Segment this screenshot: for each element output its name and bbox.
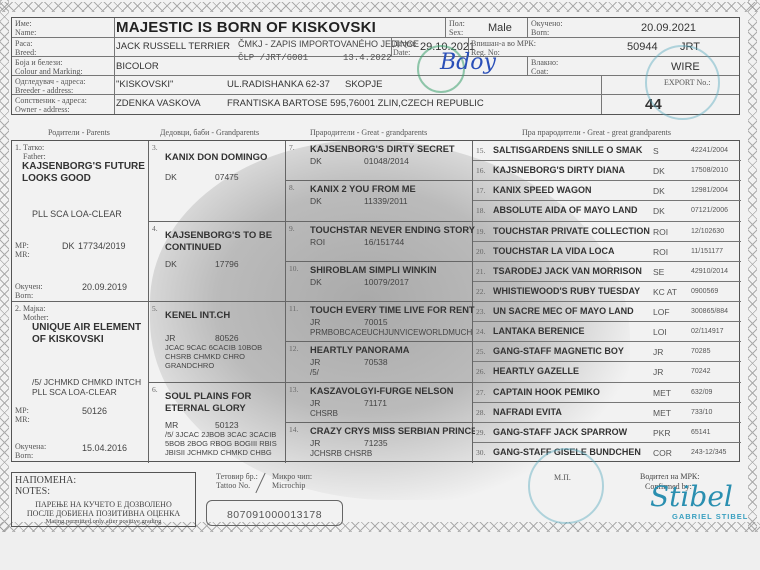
great-great-grandparent-regno: 07121/2006	[691, 207, 728, 214]
great-grandparent-name: TOUCH EVERY TIME LIVE FOR RENT	[310, 304, 475, 316]
header-table: Име:Name: MAJESTIC IS BORN OF KISKOVSKI …	[11, 17, 740, 115]
owner-value: ZDENKA VASKOVA	[116, 98, 201, 117]
grandparent-registry: MR	[165, 420, 178, 430]
great-great-grandparent-registry: MET	[653, 408, 671, 418]
great-great-grandparent-regno: 12/102630	[691, 228, 724, 235]
signer-name: GABRIEL STIBEL	[672, 512, 748, 521]
great-great-grandparent-name: ABSOLUTE AIDA OF MAYO LAND	[493, 205, 638, 215]
great-great-grandparent-number: 27.	[476, 388, 485, 397]
microchip-number: 807091000013178	[207, 509, 342, 521]
great-great-grandparent-regno: 243-12/345	[691, 449, 726, 456]
great-great-grandparent-registry: ROI	[653, 227, 668, 237]
great-grandparent-number: 12.	[289, 344, 298, 353]
owner-row: Сопственик - адреса:Owner - address: ZDE…	[12, 95, 739, 114]
mating-notice: ПАРЕЊЕ НА КУЧЕТО Е ДОЗВОЛЕНО ПОСЛЕ ДОБИЕ…	[12, 501, 195, 527]
great-great-grandparent-name: KANIX SPEED WAGON	[493, 185, 592, 195]
great-great-grandparent-name: WHISTIEWOOD'S RUBY TUESDAY	[493, 286, 640, 296]
grandparent-regno: 50123	[215, 420, 239, 430]
notes-label: НАПОМЕНА:NOTES:	[15, 475, 76, 497]
great-great-grandparent-number: 20.	[476, 247, 485, 256]
import-stamp-date: 13.4.2022	[343, 53, 392, 71]
great-great-grandparent-row: 25. GANG-STAFF MAGNETIC BOY JR 70285	[473, 342, 741, 362]
great-great-grandparent-name: GANG-STAFF MAGNETIC BOY	[493, 346, 624, 356]
owner-address: FRANTISKA BARTOSE 595,76001 ZLIN,CZECH R…	[227, 98, 484, 117]
great-great-grandparent-name: CAPTAIN HOOK PEMIKO	[493, 387, 600, 397]
great-great-grandparent-registry: JR	[653, 367, 663, 377]
column-header-parents: Родители - Parents	[48, 128, 110, 137]
great-grandparent-box: 9. TOUCHSTAR NEVER ENDING STORY ROI 16/1…	[286, 222, 473, 262]
grandparent-registry: DK	[165, 172, 177, 182]
great-grandparent-regno: 71235	[364, 438, 388, 448]
grandparent-number: 3.	[152, 143, 158, 152]
great-grandparent-registry: JR	[310, 438, 320, 448]
column-header-grandparents: Дедовци, баби - Grandparents	[160, 128, 259, 137]
father-label: 1. Татко:Father:	[15, 143, 46, 161]
great-great-grandparent-regno: 02/114917	[691, 328, 724, 335]
father-regno: 17734/2019	[78, 241, 126, 251]
bottom-seal-stamp	[528, 448, 604, 524]
grandparent-box: 6. SOUL PLAINS FOR ETERNAL GLORY MR 5012…	[149, 383, 286, 464]
great-grandparent-regno: 70538	[364, 357, 388, 367]
grandparent-number: 6.	[152, 385, 158, 394]
notes-box: НАПОМЕНА:NOTES: ПАРЕЊЕ НА КУЧЕТО Е ДОЗВО…	[11, 472, 196, 527]
border-decoration	[748, 0, 757, 532]
great-great-grandparent-number: 21.	[476, 267, 485, 276]
great-great-grandparent-registry: LOI	[653, 327, 667, 337]
great-grandparent-box: 8. KANIX 2 YOU FROM ME DK 11339/2011	[286, 181, 473, 221]
grandparent-number: 5.	[152, 304, 158, 313]
great-grandparent-titles: JCHSRB CHSRB	[310, 449, 372, 459]
great-great-grandparent-regno: 12981/2004	[691, 187, 728, 194]
name-label: Име:Name:	[15, 19, 36, 38]
import-stamp-number: ČLP /JRT/6001	[238, 53, 308, 71]
date-label: Датум:Date:	[393, 39, 416, 57]
name-row: Име:Name: MAJESTIC IS BORN OF KISKOVSKI …	[12, 18, 739, 38]
great-grandparent-titles: /5/	[310, 368, 319, 378]
great-grandparent-box: 12. HEARTLY PANORAMA JR 70538 /5/	[286, 342, 473, 382]
great-great-grandparent-registry: PKR	[653, 428, 670, 438]
great-great-grandparent-regno: 42241/2004	[691, 147, 728, 154]
great-great-grandparent-name: HEARTLY GAZELLE	[493, 366, 579, 376]
great-grandparent-registry: DK	[310, 196, 322, 206]
great-great-grandparent-number: 15.	[476, 146, 485, 155]
great-great-grandparent-registry: COR	[653, 448, 672, 458]
born-label: Окучено:Born:	[531, 19, 563, 38]
great-grandparent-titles: PRMBOBCACEUCHJUNVICEWORLDMUCH	[310, 328, 472, 338]
great-great-grandparent-row: 26. HEARTLY GAZELLE JR 70242	[473, 362, 741, 382]
great-great-grandparent-regno: 70242	[691, 368, 710, 375]
column-header-great-grandparents: Прародители - Great - grandparents	[310, 128, 427, 137]
microchip-field: 807091000013178	[206, 500, 343, 526]
great-grandparent-registry: JR	[310, 357, 320, 367]
great-great-grandparent-number: 18.	[476, 206, 485, 215]
great-great-grandparent-row: 27. CAPTAIN HOOK PEMIKO MET 632/09	[473, 383, 741, 403]
great-great-grandparent-number: 28.	[476, 408, 485, 417]
confirmer-signature: Stibel	[650, 480, 733, 513]
great-great-grandparent-regno: 632/09	[691, 389, 712, 396]
great-grandparent-regno: 10079/2017	[364, 277, 409, 287]
mother-born: 15.04.2016	[82, 443, 127, 453]
great-great-grandparent-registry: DK	[653, 186, 665, 196]
great-grandparent-titles: CHSRB	[310, 409, 338, 419]
grandparent-name: KAJSENBORG'S TO BE CONTINUED	[165, 230, 283, 254]
pedigree-table: 1. Татко:Father: KAJSENBORG'S FUTURE LOO…	[11, 140, 740, 462]
mother-name: UNIQUE AIR ELEMENT OF KISKOVSKI	[32, 322, 147, 346]
great-great-grandparent-registry: ROI	[653, 247, 668, 257]
great-grandparent-box: 7. KAJSENBORG'S DIRTY SECRET DK 01048/20…	[286, 141, 473, 181]
great-grandparent-regno: 16/151744	[364, 237, 404, 247]
great-great-grandparent-registry: SE	[653, 267, 664, 277]
great-great-grandparent-name: NAFRADI EVITA	[493, 407, 562, 417]
great-great-grandparent-row: 15. SALTISGARDENS SNILLE O SMAK S 42241/…	[473, 141, 741, 161]
great-grandparent-regno: 01048/2014	[364, 156, 409, 166]
father-mp-mr-label: MP:MR:	[15, 241, 30, 259]
great-grandparent-name: KANIX 2 YOU FROM ME	[310, 183, 475, 195]
mother-mp-mr-label: MP:MR:	[15, 406, 30, 424]
father-born-label: Окучен:Born:	[15, 282, 43, 300]
colour-label: Боја и белези:Colour and Marking:	[15, 58, 83, 76]
pedigree-certificate: Име:Name: MAJESTIC IS BORN OF KISKOVSKI …	[0, 0, 760, 532]
grandparent-registry: DK	[165, 259, 177, 269]
parent-mother: 2. Мајка:Mother: UNIQUE AIR ELEMENT OF K…	[12, 302, 149, 463]
great-grandparent-box: 14. CRAZY CRYS MISS SERBIAN PRINCESS JR …	[286, 423, 473, 463]
great-great-grandparent-name: SALTISGARDENS SNILLE O SMAK	[493, 145, 642, 155]
great-grandparent-regno: 11339/2011	[364, 196, 408, 206]
great-great-grandparent-name: TOUCHSTAR PRIVATE COLLECTION	[493, 226, 650, 236]
great-grandparent-name: CRAZY CRYS MISS SERBIAN PRINCESS	[310, 425, 475, 437]
great-great-grandparent-regno: 65141	[691, 429, 710, 436]
great-great-grandparent-number: 24.	[476, 327, 485, 336]
coat-label: Влакно:Coat:	[531, 58, 558, 76]
border-decoration	[0, 2, 760, 12]
great-great-grandparent-row: 16. KAJSNEBORG'S DIRTY DIANA DK 17508/20…	[473, 161, 741, 181]
column-header-great-great-grandparents: Пра прародители - Great - great grandpar…	[522, 128, 671, 137]
date-signature: Bdoy	[440, 50, 496, 75]
great-great-grandparent-registry: DK	[653, 166, 665, 176]
great-grandparent-number: 11.	[289, 304, 298, 313]
parent-father: 1. Татко:Father: KAJSENBORG'S FUTURE LOO…	[12, 141, 149, 302]
great-great-grandparent-registry: LOF	[653, 307, 670, 317]
great-great-grandparent-row: 30. GANG-STAFF GISELE BUNDCHEN COR 243-1…	[473, 443, 741, 463]
grandparent-registry: JR	[165, 333, 175, 343]
great-great-grandparent-row: 29. GANG-STAFF JACK SPARROW PKR 65141	[473, 423, 741, 443]
great-grandparent-name: TOUCHSTAR NEVER ENDING STORY	[310, 224, 475, 236]
colour-row: Боја и белези:Colour and Marking: BICOLO…	[12, 57, 739, 76]
great-great-grandparent-row: 19. TOUCHSTAR PRIVATE COLLECTION ROI 12/…	[473, 222, 741, 242]
great-great-grandparent-regno: 0900569	[691, 288, 718, 295]
great-great-grandparent-regno: 11/151177	[691, 248, 723, 255]
grandparent-name: SOUL PLAINS FOR ETERNAL GLORY	[165, 391, 283, 415]
great-grandparent-number: 14.	[289, 425, 298, 434]
great-great-grandparent-regno: 42910/2014	[691, 268, 728, 275]
great-great-grandparent-registry: JR	[653, 347, 663, 357]
great-grandparent-name: KAJSENBORG'S DIRTY SECRET	[310, 143, 475, 155]
dog-name: MAJESTIC IS BORN OF KISKOVSKI	[116, 19, 376, 38]
father-born: 20.09.2019	[82, 282, 127, 292]
microchip-label: Микро чип:Microchip	[272, 472, 312, 490]
great-great-grandparent-row: 20. TOUCHSTAR LA VIDA LOCA ROI 11/151177	[473, 242, 741, 262]
great-great-grandparent-regno: 300865/884	[691, 308, 728, 315]
father-notes: PLL SCA LOA-CLEAR	[32, 209, 122, 219]
great-great-grandparent-number: 25.	[476, 347, 485, 356]
mother-regno: 50126	[82, 406, 107, 416]
great-great-grandparent-number: 26.	[476, 367, 485, 376]
owner-label: Сопственик - адреса:Owner - address:	[15, 96, 87, 115]
great-grandparent-registry: DK	[310, 156, 322, 166]
seal-label: М.П.	[554, 473, 571, 482]
great-great-grandparent-number: 29.	[476, 428, 485, 437]
great-grandparent-registry: ROI	[310, 237, 325, 247]
grandparent-number: 4.	[152, 224, 158, 233]
grandparent-box: 3. KANIX DON DOMINGO DK 07475	[149, 141, 286, 222]
breeder-row: Одгледувач - адреса:Breeder - address: "…	[12, 76, 739, 95]
tattoo-label: Тетовир бр.:Tattoo No.	[216, 472, 258, 490]
breed-label: Раса:Breed:	[15, 39, 36, 57]
great-grandparent-number: 7.	[289, 143, 295, 152]
club-stamp	[645, 45, 720, 120]
great-great-grandparent-name: GANG-STAFF JACK SPARROW	[493, 427, 627, 437]
great-great-grandparent-name: KAJSNEBORG'S DIRTY DIANA	[493, 165, 625, 175]
great-great-grandparent-number: 16.	[476, 166, 485, 175]
great-great-grandparent-row: 23. UN SACRE MEC OF MAYO LAND LOF 300865…	[473, 302, 741, 322]
great-great-grandparent-row: 22. WHISTIEWOOD'S RUBY TUESDAY KC AT 090…	[473, 282, 741, 302]
great-great-grandparent-row: 28. NAFRADI EVITA MET 733/10	[473, 403, 741, 423]
great-great-grandparent-row: 18. ABSOLUTE AIDA OF MAYO LAND DK 07121/…	[473, 201, 741, 221]
grandparent-name: KENEL INT.CH	[165, 310, 283, 322]
great-grandparent-box: 11. TOUCH EVERY TIME LIVE FOR RENT JR 70…	[286, 302, 473, 342]
great-grandparent-name: KASZAVOLGYI-FURGE NELSON	[310, 385, 475, 397]
great-great-grandparent-registry: S	[653, 146, 659, 156]
breeder-label: Одгледувач - адреса:Breeder - address:	[15, 77, 86, 95]
grandparent-regno: 17796	[215, 259, 239, 269]
great-grandparent-name: SHIROBLAM SIMPLI WINKIN	[310, 264, 475, 276]
grandparent-regno: 80526	[215, 333, 239, 343]
great-great-grandparent-registry: KC AT	[653, 287, 677, 297]
great-great-grandparent-number: 30.	[476, 448, 485, 457]
great-grandparent-registry: JR	[310, 398, 320, 408]
great-grandparent-box: 10. SHIROBLAM SIMPLI WINKIN DK 10079/201…	[286, 262, 473, 302]
grandparent-name: KANIX DON DOMINGO	[165, 152, 283, 164]
grandparent-titles: JCAC 9CAC 6CACIB 10BOB CHSRB CHMKD CHRO …	[165, 343, 285, 370]
great-grandparent-number: 10.	[289, 264, 298, 273]
great-great-grandparent-registry: MET	[653, 388, 671, 398]
great-great-grandparent-row: 21. TSARODEJ JACK VAN MORRISON SE 42910/…	[473, 262, 741, 282]
great-great-grandparent-regno: 70285	[691, 348, 710, 355]
great-grandparent-name: HEARTLY PANORAMA	[310, 344, 475, 356]
great-grandparent-registry: DK	[310, 277, 322, 287]
great-grandparent-number: 13.	[289, 385, 298, 394]
great-grandparent-registry: JR	[310, 317, 320, 327]
grandparent-box: 5. KENEL INT.CH JR 80526 JCAC 9CAC 6CACI…	[149, 302, 286, 383]
great-great-grandparent-number: 19.	[476, 227, 485, 236]
great-great-grandparent-row: 24. LANTAKA BERENICE LOI 02/114917	[473, 322, 741, 342]
grandparent-regno: 07475	[215, 172, 239, 182]
mother-notes: /5/ JCHMKD CHMKD INTCH PLL SCA LOA-CLEAR	[32, 377, 147, 397]
father-registry: DK	[62, 241, 75, 251]
great-great-grandparent-name: TSARODEJ JACK VAN MORRISON	[493, 266, 642, 276]
great-great-grandparent-name: UN SACRE MEC OF MAYO LAND	[493, 306, 634, 316]
great-great-grandparent-number: 17.	[476, 186, 485, 195]
great-great-grandparent-row: 17. KANIX SPEED WAGON DK 12981/2004	[473, 181, 741, 201]
great-great-grandparent-name: LANTAKA BERENICE	[493, 326, 585, 336]
grandparent-titles: /5/ 3JCAC 2JBOB 3CAC 3CACIB 5BOB 2BOG RB…	[165, 430, 285, 457]
great-grandparent-number: 8.	[289, 183, 295, 192]
mother-label: 2. Мајка:Mother:	[15, 304, 49, 322]
great-great-grandparent-name: TOUCHSTAR LA VIDA LOCA	[493, 246, 615, 256]
great-great-grandparent-number: 23.	[476, 307, 485, 316]
great-great-grandparent-regno: 733/10	[691, 409, 712, 416]
great-grandparent-box: 13. KASZAVOLGYI-FURGE NELSON JR 71171 CH…	[286, 383, 473, 423]
great-grandparent-regno: 71171	[364, 398, 387, 408]
father-name: KAJSENBORG'S FUTURE LOOKS GOOD	[22, 161, 147, 185]
great-great-grandparent-regno: 17508/2010	[691, 167, 728, 174]
great-great-grandparent-number: 22.	[476, 287, 485, 296]
grandparent-box: 4. KAJSENBORG'S TO BE CONTINUED DK 17796	[149, 222, 286, 303]
mother-born-label: Окучена:Born:	[15, 442, 46, 460]
great-grandparent-number: 9.	[289, 224, 295, 233]
sex-label: Пол:Sex:	[449, 19, 465, 38]
great-great-grandparent-registry: DK	[653, 206, 665, 216]
great-grandparent-regno: 70015	[364, 317, 388, 327]
border-decoration	[0, 0, 9, 532]
